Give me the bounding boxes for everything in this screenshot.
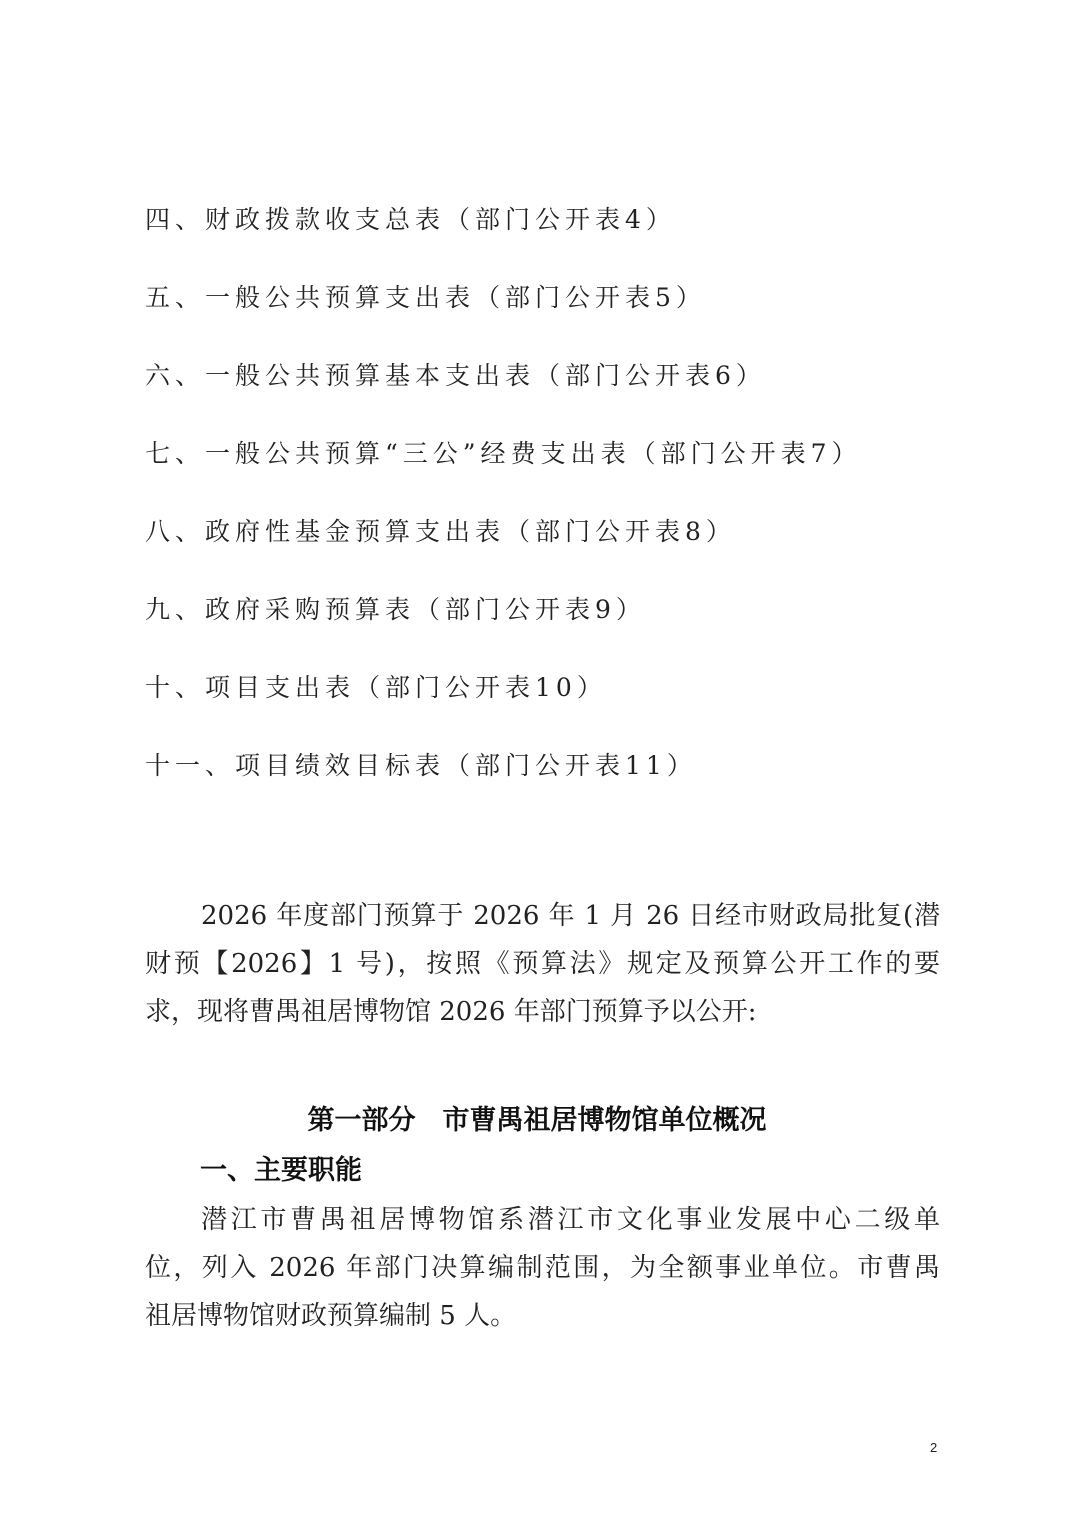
toc-item: 十、项目支出表（部门公开表10）	[145, 671, 607, 705]
toc-item: 六、一般公共预算基本支出表（部门公开表6）	[145, 359, 766, 393]
section-title: 第一部分 市曹禺祖居博物馆单位概况	[0, 1098, 1074, 1137]
toc-item: 九、政府采购预算表（部门公开表9）	[145, 593, 646, 627]
intro-paragraph: 2026 年度部门预算于 2026 年 1 月 26 日经市财政局批复(潜 财预…	[145, 892, 940, 1036]
intro-line: 2026 年度部门预算于 2026 年 1 月 26 日经市财政局批复(潜	[145, 892, 940, 940]
toc-item: 十一、项目绩效目标表（部门公开表11）	[145, 749, 697, 783]
body-line: 位，列入 2026 年部门决算编制范围，为全额事业单位。市曹禺	[145, 1244, 940, 1292]
subsection-title: 一、主要职能	[200, 1148, 362, 1187]
toc-item: 五、一般公共预算支出表（部门公开表5）	[145, 281, 706, 315]
intro-line: 求，现将曹禺祖居博物馆 2026 年部门预算予以公开:	[145, 988, 940, 1036]
toc-item: 八、政府性基金预算支出表（部门公开表8）	[145, 515, 736, 549]
page-number: 2	[930, 1440, 937, 1455]
toc-item: 七、一般公共预算“三公”经费支出表（部门公开表7）	[145, 437, 861, 471]
toc-item: 四、财政拨款收支总表（部门公开表4）	[145, 203, 676, 237]
body-line: 祖居博物馆财政预算编制 5 人。	[145, 1292, 940, 1340]
body-paragraph: 潜江市曹禺祖居博物馆系潜江市文化事业发展中心二级单 位，列入 2026 年部门决…	[145, 1196, 940, 1340]
body-line: 潜江市曹禺祖居博物馆系潜江市文化事业发展中心二级单	[145, 1196, 940, 1244]
intro-line: 财预【2026】1 号)，按照《预算法》规定及预算公开工作的要	[145, 940, 940, 988]
document-page: 四、财政拨款收支总表（部门公开表4） 五、一般公共预算支出表（部门公开表5） 六…	[0, 0, 1074, 1520]
